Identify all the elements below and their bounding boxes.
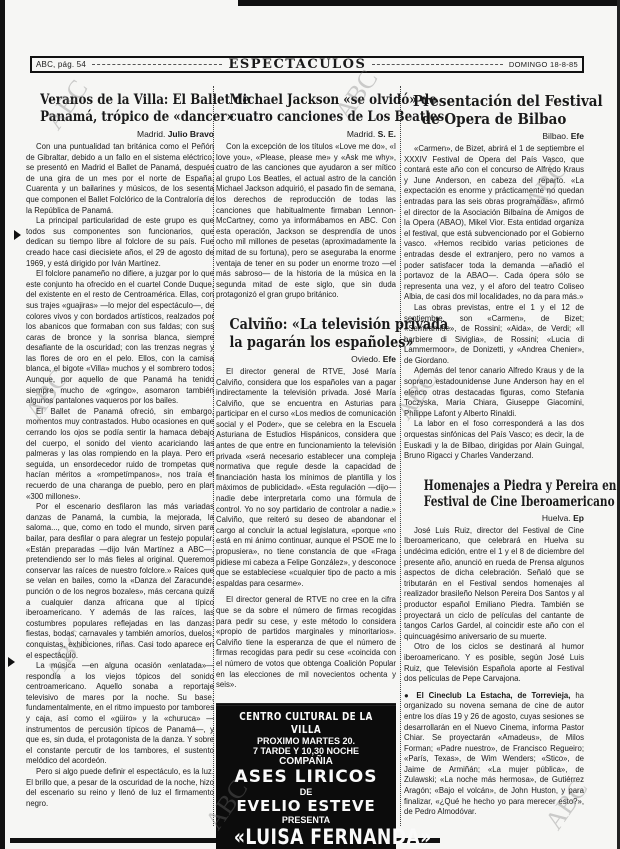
ad-title: «LUISA FERNANDA» — [234, 825, 378, 849]
advertisement-luisa-fernanda: CENTRO CULTURAL DE LA VILLA PROXIMO MART… — [216, 703, 396, 849]
article-ballet-panama: Veranos de la Villa: El Ballet de Panamá… — [26, 92, 214, 809]
byline: Ep — [573, 513, 584, 523]
paragraph: La principal particularidad de este grup… — [26, 216, 214, 269]
bullet-icon: ● — [404, 691, 416, 700]
column-rule — [400, 86, 401, 826]
brief-text: ha organizado su novena semana de cine d… — [404, 691, 584, 817]
article-festival-opera-bilbao: Presentación del Festival de Opera de Bi… — [404, 92, 584, 462]
brief-lead: El Cineclub La Estacha, de Torrevieja, — [416, 691, 570, 700]
byline: Efe — [383, 354, 396, 364]
section-title: ESPECTACULOS — [228, 57, 366, 72]
headline: Homenajes a Piedra y Pereira en el Festi… — [424, 478, 564, 510]
dateline-place: Madrid. — [347, 129, 375, 139]
paragraph: Por el escenario desfilaron las más vari… — [26, 502, 214, 661]
article-michael-jackson: Michael Jackson «se olvidó» de cuatro ca… — [216, 92, 396, 301]
headline: Veranos de la Villa: El Ballet de Panamá… — [40, 92, 200, 126]
dateline: Madrid. S. E. — [216, 129, 396, 139]
paragraph: Con una puntualidad tan británica como e… — [26, 142, 214, 216]
paragraph: «Carmen», de Bizet, abrirá el 1 de septi… — [404, 144, 584, 303]
ad-time: 7 TARDE Y 10,30 NOCHE — [218, 746, 394, 756]
headline: Michael Jackson «se olvidó» de cuatro ca… — [230, 92, 383, 126]
byline: Efe — [571, 131, 584, 141]
paragraph: Otro de los ciclos se destinará al humor… — [404, 642, 584, 684]
margin-marker-icon — [8, 657, 15, 667]
paragraph: Además del tenor canario Alfredo Kraus y… — [404, 366, 584, 419]
paragraph: El Ballet de Panamá ofreció, sin embargo… — [26, 407, 214, 502]
news-brief: ● El Cineclub La Estacha, de Torrevieja,… — [404, 691, 584, 818]
headline-line: Presentación del Festival — [413, 92, 575, 110]
ad-venue: CENTRO CULTURAL DE LA VILLA — [236, 710, 377, 736]
dateline-place: Huelva. — [542, 513, 571, 523]
paragraph: Con la excepción de los títulos «Love me… — [216, 142, 396, 301]
headline-line: cuatro canciones de Los Beatles — [230, 109, 383, 126]
header-rule — [92, 64, 222, 65]
headline-line: Homenajes a Piedra y Pereira en el — [424, 478, 564, 494]
headline-line: de Opera de Bilbao — [413, 110, 575, 128]
column-3: Presentación del Festival de Opera de Bi… — [404, 84, 584, 818]
dateline: Bilbao. Efe — [404, 131, 584, 141]
column-1: Veranos de la Villa: El Ballet de Panamá… — [26, 84, 214, 809]
headline: Calviño: «La televisión privada la pagar… — [230, 315, 383, 351]
issue-date: DOMINGO 18-8-85 — [509, 60, 578, 69]
paragraph: La música —en alguna ocasión «enlatada»—… — [26, 661, 214, 767]
margin-marker-icon — [14, 230, 21, 240]
paragraph: El director general de RTVE no cree en l… — [216, 595, 396, 690]
ad-de: DE — [218, 787, 394, 797]
dateline: Huelva. Ep — [404, 513, 584, 523]
article-homenajes-huelva: Homenajes a Piedra y Pereira en el Festi… — [404, 478, 584, 818]
paragraph: Las obras previstas, entre el 1 y el 12 … — [404, 303, 584, 367]
page-number: ABC, pág. 54 — [36, 60, 86, 69]
paragraph: El folclore panameño no difiere, a juzga… — [26, 269, 214, 407]
ad-date: PROXIMO MARTES 20. — [218, 736, 394, 746]
dateline-place: Oviedo. — [351, 354, 380, 364]
paragraph: El director general de RTVE, José María … — [216, 367, 396, 589]
headline-line: la pagarán los españoles» — [230, 333, 383, 351]
dateline-place: Madrid. — [137, 129, 165, 139]
article-calvino: Calviño: «La televisión privada la pagar… — [216, 315, 396, 691]
ad-company-label: COMPAÑIA — [218, 756, 394, 767]
headline: Presentación del Festival de Opera de Bi… — [413, 92, 575, 128]
ad-director: EVELIO ESTEVE — [218, 797, 394, 815]
ad-presents: PRESENTA — [218, 815, 394, 825]
headline-line: Panamá, trópico de «dancer» — [40, 109, 200, 126]
dateline: Oviedo. Efe — [216, 354, 396, 364]
dateline-place: Bilbao. — [542, 131, 568, 141]
headline-line: Festival de Cine Iberoamericano — [424, 494, 564, 510]
headline-line: Veranos de la Villa: El Ballet de — [40, 92, 200, 109]
scan-top-border — [238, 0, 620, 6]
byline: Julio Bravo — [168, 129, 214, 139]
header-rule — [372, 64, 502, 65]
column-2: Michael Jackson «se olvidó» de cuatro ca… — [216, 84, 396, 849]
paragraph: Pero si algo puede definir el espectácul… — [26, 767, 214, 809]
paragraph: La labor en el foso corresponderá a las … — [404, 419, 584, 461]
ad-company: ASES LIRICOS — [218, 767, 394, 787]
scan-left-border — [0, 0, 5, 849]
byline: S. E. — [378, 129, 396, 139]
paragraph: José Luis Ruiz, director del Festival de… — [404, 526, 584, 643]
headline-line: Michael Jackson «se olvidó» de — [230, 92, 383, 109]
headline-line: Calviño: «La televisión privada — [230, 315, 383, 333]
dateline: Madrid. Julio Bravo — [26, 129, 214, 139]
page-header: ABC, pág. 54 ESPECTACULOS DOMINGO 18-8-8… — [30, 56, 584, 73]
